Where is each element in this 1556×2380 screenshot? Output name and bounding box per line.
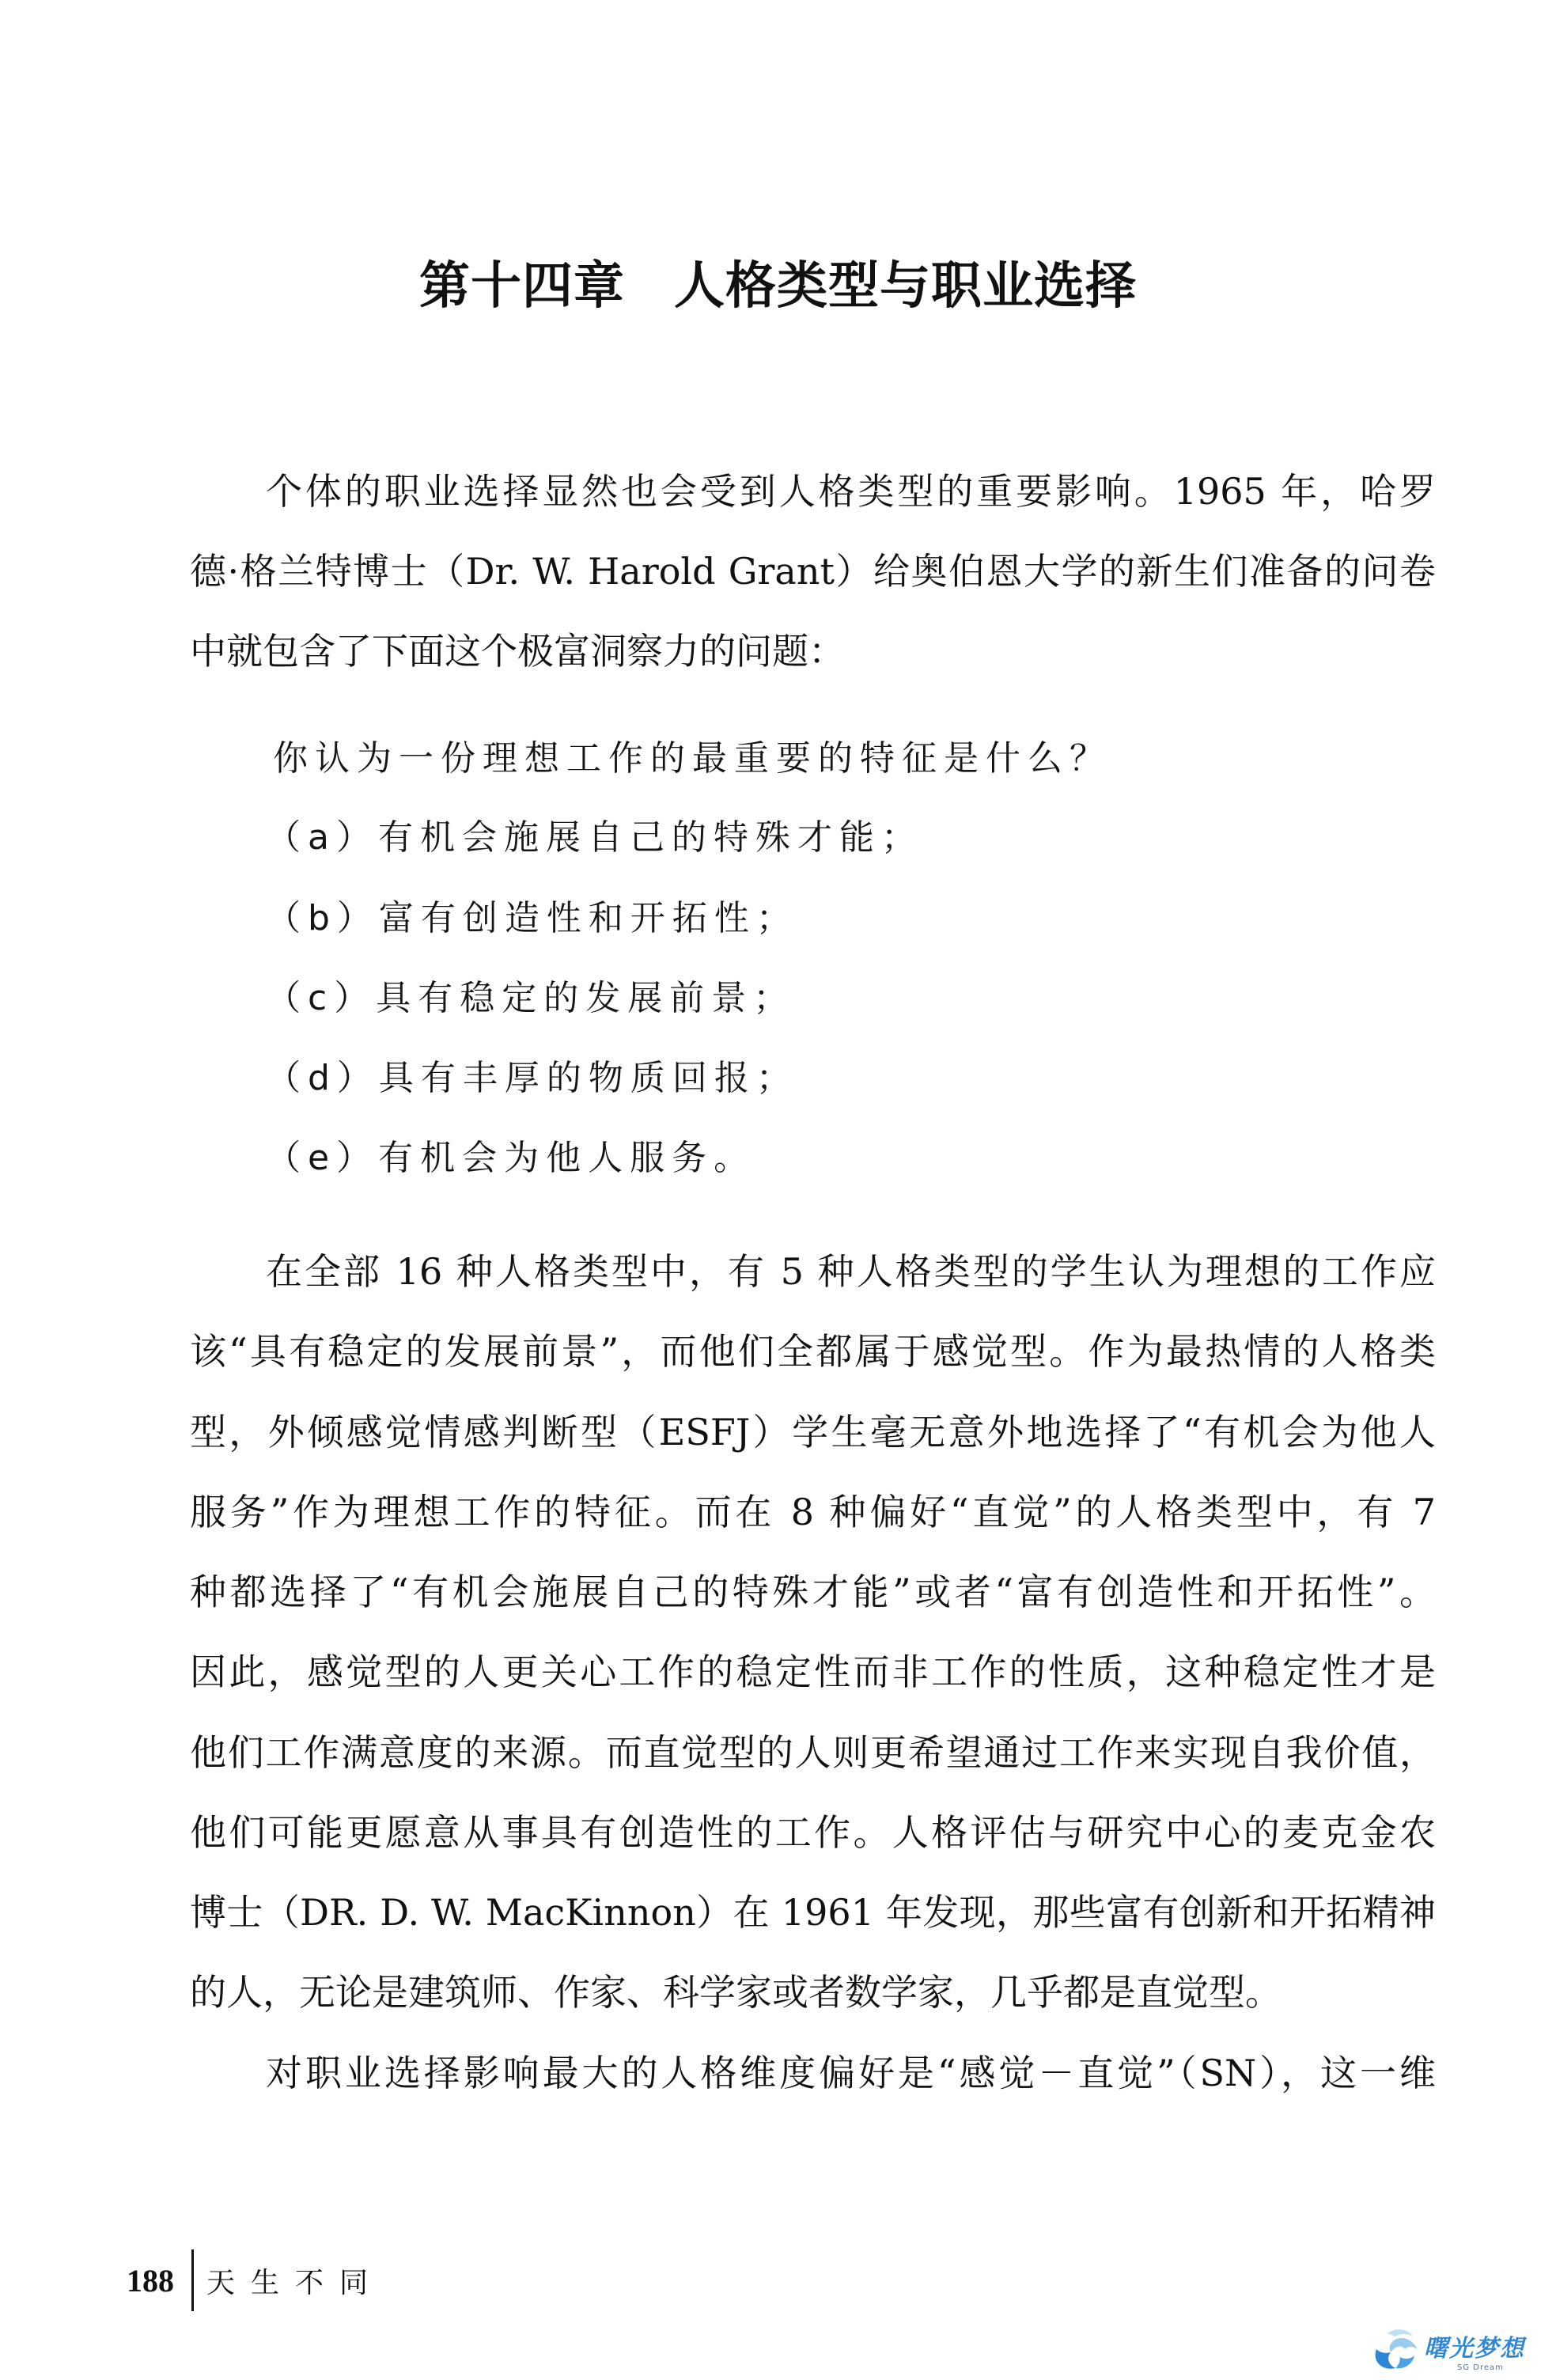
paragraph-2-line-10: 的人，无论是建筑师、作家、科学家或者数学家，几乎都是直觉型。 — [190, 1965, 1436, 2020]
questionnaire-option-e: （e）有机会为他人服务。 — [266, 1131, 755, 1186]
paragraph-2-line-9: 博士（DR. D. W. MacKinnon）在 1961 年发现，那些富有创新… — [190, 1885, 1436, 1940]
paragraph-1-line-2: 德·格兰特博士（Dr. W. Harold Grant）给奥伯恩大学的新生们准备… — [190, 544, 1436, 599]
paragraph-2-line-7: 他们工作满意度的来源。而直觉型的人则更希望通过工作来实现自我价值， — [190, 1725, 1436, 1780]
questionnaire-option-a: （a）有机会施展自己的特殊才能； — [266, 810, 923, 866]
paragraph-1-line-1: 个体的职业选择显然也会受到人格类型的重要影响。1965 年，哈罗 — [266, 464, 1436, 519]
questionnaire-option-d: （d）具有丰厚的物质回报； — [266, 1051, 798, 1106]
paragraph-2-line-2: 该“具有稳定的发展前景”，而他们全都属于感觉型。作为最热情的人格类 — [190, 1324, 1436, 1379]
running-book-title: 天生不同 — [206, 2261, 384, 2301]
swirl-logo-icon — [1369, 2322, 1424, 2373]
paragraph-2-line-3: 型，外倾感觉情感判断型（ESFJ）学生毫无意外地选择了“有机会为他人 — [190, 1404, 1436, 1460]
paragraph-1-line-3: 中就包含了下面这个极富洞察力的问题： — [190, 623, 1436, 679]
questionnaire-option-c: （c）具有稳定的发展前景； — [266, 971, 795, 1026]
watermark-subtitle: SG Dream — [1457, 2363, 1504, 2372]
questionnaire-option-b: （b）富有创造性和开拓性； — [266, 891, 798, 946]
chapter-heading: 第十四章人格类型与职业选择 — [0, 255, 1556, 318]
chapter-number: 第十四章 — [419, 256, 625, 316]
paragraph-2-line-6: 因此，感觉型的人更关心工作的稳定性而非工作的性质，这种稳定性才是 — [190, 1644, 1436, 1700]
paragraph-3-line-1: 对职业选择影响最大的人格维度偏好是“感觉－直觉”（SN），这一维 — [266, 2045, 1436, 2101]
paragraph-2-line-1: 在全部 16 种人格类型中，有 5 种人格类型的学生认为理想的工作应 — [266, 1244, 1436, 1299]
paragraph-2-line-5: 种都选择了“有机会施展自己的特殊才能”或者“富有创造性和开拓性”。 — [190, 1564, 1436, 1620]
book-page: 第十四章人格类型与职业选择 个体的职业选择显然也会受到人格类型的重要影响。196… — [0, 0, 1556, 2380]
page-footer: 188 天生不同 — [127, 2249, 384, 2312]
chapter-title: 人格类型与职业选择 — [674, 256, 1137, 316]
watermark-name: 曙光梦想 — [1424, 2329, 1525, 2363]
watermark-logo: 曙光梦想 SG Dream — [1369, 2322, 1550, 2378]
paragraph-2-line-8: 他们可能更愿意从事具有创造性的工作。人格评估与研究中心的麦克金农 — [190, 1805, 1436, 1860]
paragraph-2-line-4: 服务”作为理想工作的特征。而在 8 种偏好“直觉”的人格类型中，有 7 — [190, 1484, 1436, 1540]
page-number: 188 — [127, 2262, 174, 2299]
questionnaire-question: 你认为一份理想工作的最重要的特征是什么？ — [273, 731, 1111, 786]
footer-divider — [191, 2249, 194, 2311]
